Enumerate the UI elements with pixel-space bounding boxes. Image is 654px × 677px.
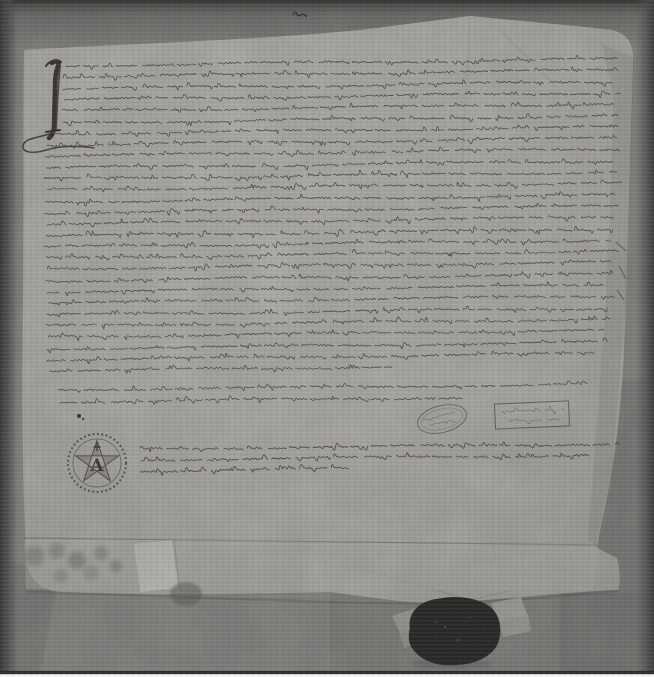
photographed-charter: A — [0, 0, 654, 677]
bottom-rule — [0, 671, 654, 674]
photo-canvas: A — [0, 0, 654, 677]
film-grain — [0, 0, 654, 671]
